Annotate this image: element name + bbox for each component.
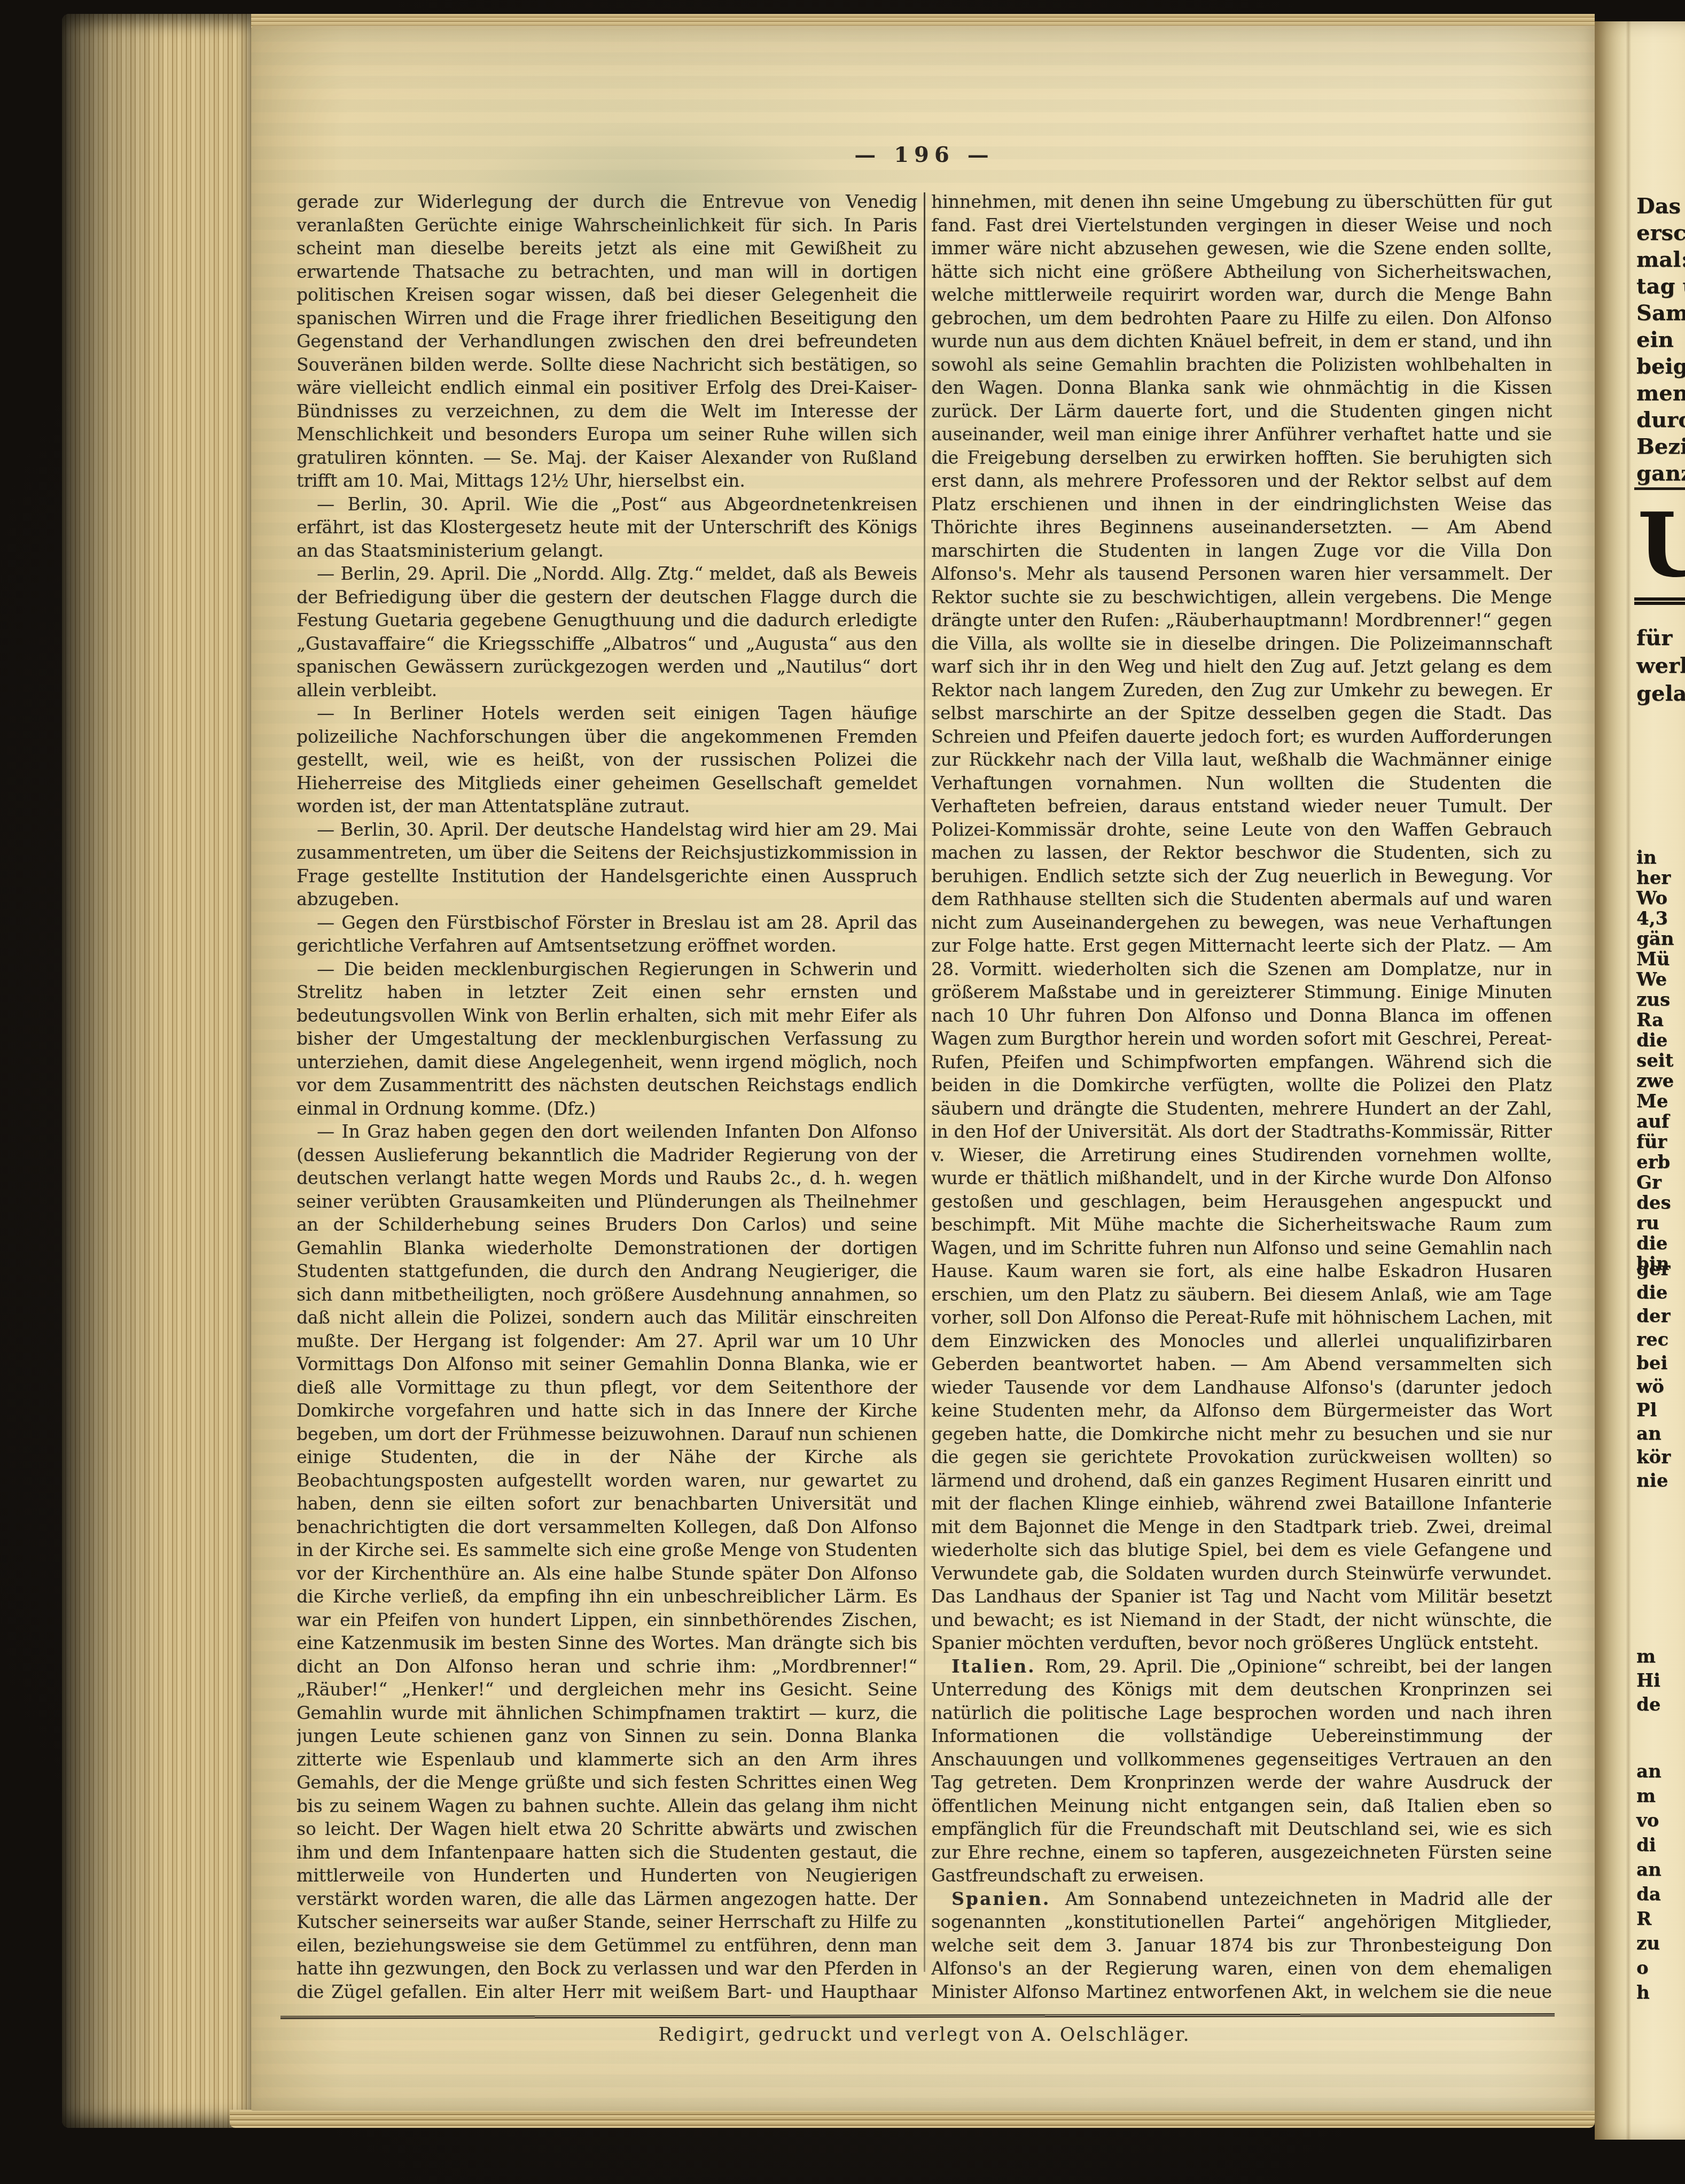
facing-page-text-fragment: 4,3 — [1636, 908, 1668, 929]
facing-page-text-fragment: tag u — [1636, 274, 1685, 299]
facing-text-fragments: mHide — [1636, 21, 1685, 2140]
facing-page-text-fragment: die — [1636, 1030, 1667, 1051]
facing-page-text-fragment: h — [1636, 1982, 1650, 2003]
news-paragraph: — Gegen den Fürstbischof Förster in Bres… — [297, 911, 917, 958]
facing-page-text-fragment: durch — [1636, 407, 1685, 432]
facing-page-text-fragment: an — [1636, 1859, 1661, 1880]
facing-page-text-fragment: mente — [1636, 380, 1685, 406]
facing-page-text-fragment: Pl — [1636, 1400, 1657, 1421]
facing-page-text-fragment: werk — [1636, 653, 1685, 678]
facing-page-text-fragment: Sams — [1636, 300, 1685, 325]
facing-page-text-fragment: de — [1636, 1694, 1660, 1715]
facing-page-text-fragment: in — [1636, 847, 1657, 868]
text-body: gerade zur Widerlegung der durch die Ent… — [297, 190, 1552, 2005]
facing-page-text-fragment: beige — [1636, 354, 1685, 379]
facing-page-text-fragment: m — [1636, 1646, 1656, 1667]
facing-text-fragments: fürwerkgela — [1636, 21, 1685, 2140]
section-lead: Spanien. — [951, 1888, 1065, 1909]
column-divider-rule — [924, 192, 925, 1972]
facing-page-text-fragment: rec — [1636, 1329, 1668, 1350]
imprint-line: Redigirt, gedruckt und verlegt von A. Oe… — [297, 2024, 1552, 2046]
facing-page-text-fragment: seit — [1636, 1050, 1673, 1071]
facing-page-text-fragment: für — [1636, 625, 1672, 650]
facing-page-text-fragment: Hi — [1636, 1670, 1660, 1691]
masthead-initial-fragment: U — [1637, 505, 1685, 585]
facing-page-text-fragment: Gr — [1636, 1172, 1661, 1193]
facing-page-text-fragment: zwe — [1636, 1070, 1674, 1092]
facing-page-text-fragment: die — [1636, 1233, 1667, 1254]
facing-page-text-fragment: vo — [1636, 1810, 1659, 1831]
left-text-column: gerade zur Widerlegung der durch die Ent… — [297, 190, 917, 2005]
imprint-divider-rule — [280, 2014, 1555, 2019]
facing-page-text-fragment: Bezirk — [1636, 434, 1685, 459]
facing-page-text-fragment: ganz — [1636, 461, 1685, 486]
facing-page-text-fragment: da — [1636, 1884, 1661, 1905]
facing-page-text-fragment: Mü — [1636, 949, 1670, 970]
facing-page-text-fragment: gän — [1636, 928, 1674, 950]
news-paragraph: — Berlin, 30. April. Wie die „Post“ aus … — [297, 493, 917, 563]
facing-page-text-fragment: ru — [1636, 1213, 1659, 1234]
facing-page-text-fragment: Wo — [1636, 888, 1667, 909]
page-number: — 196 — — [297, 142, 1552, 167]
facing-page-text-fragment: die — [1636, 1282, 1667, 1303]
facing-page-text-fragment: o — [1636, 1957, 1649, 1979]
right-text-column: hinnehmen, mit denen ihn seine Umgebung … — [931, 190, 1552, 2005]
news-paragraph: gerade zur Widerlegung der durch die Ent… — [297, 190, 917, 493]
facing-page-text-fragment: erb — [1636, 1152, 1670, 1173]
facing-page-text-fragment: an — [1636, 1761, 1661, 1782]
news-paragraph: — Berlin, 29. April. Die „Nordd. Allg. Z… — [297, 562, 917, 702]
facing-page-text-fragment: auf — [1636, 1111, 1669, 1132]
facing-page-text-fragment: der — [1636, 1305, 1670, 1327]
facing-text-fragments: gerdiederrecbeiwöPlankörnie — [1636, 21, 1685, 2140]
news-paragraph: hinnehmen, mit denen ihn seine Umgebung … — [931, 190, 1552, 1655]
facing-text-fragments: anmvodiandaRzuoh — [1636, 21, 1685, 2140]
facing-page-text-fragment: mal: — [1636, 247, 1685, 272]
masthead-rule-fragment — [1634, 597, 1685, 605]
facing-page-text-fragment: erschei — [1636, 220, 1685, 245]
facing-page-text-fragment: Das — [1636, 193, 1681, 219]
facing-page-text-fragment: Ra — [1636, 1009, 1664, 1031]
news-paragraph: — Berlin, 30. April. Der deutsche Handel… — [297, 818, 917, 911]
newspaper-page: — 196 — gerade zur Widerlegung der durch… — [251, 26, 1595, 2111]
facing-page-text-fragment: bei — [1636, 1353, 1667, 1374]
news-paragraph: Spanien. Am Sonnabend untezeichneten in … — [931, 1887, 1552, 2006]
facing-masthead-fragments: Daserscheimal:tag uSamseinbeigementedurc… — [1636, 21, 1685, 2140]
news-paragraph: — Die beiden mecklenburgischen Regierung… — [297, 958, 917, 1121]
facing-page-text-fragment: zus — [1636, 989, 1670, 1011]
facing-page-text-fragment: gela — [1636, 681, 1685, 706]
masthead-underline-fragment — [1634, 487, 1685, 490]
page-stack-bottom-edge — [230, 2110, 1595, 2128]
facing-page-text-fragment: ein — [1636, 327, 1674, 352]
facing-page-text-fragment: We — [1636, 969, 1667, 990]
news-paragraph: Italien. Rom, 29. April. Die „Opinione“ … — [931, 1655, 1552, 1887]
facing-page-text-fragment: des — [1636, 1192, 1671, 1214]
section-lead: Italien. — [951, 1656, 1045, 1677]
facing-page-text-fragment: kör — [1636, 1447, 1671, 1468]
facing-page-text-fragment: für — [1636, 1131, 1667, 1153]
facing-page-text-fragment: wö — [1636, 1376, 1664, 1397]
news-paragraph: — In Graz haben gegen den dort weilenden… — [297, 1120, 917, 2005]
facing-page-edge: Daserscheimal:tag uSamseinbeigementedurc… — [1595, 21, 1685, 2140]
facing-text-fragments: inherWo4,3gänMüWezusRadieseitzweMeauffür… — [1636, 21, 1685, 2140]
news-paragraph: — In Berliner Hotels werden seit einigen… — [297, 702, 917, 818]
book-scan-background: — 196 — gerade zur Widerlegung der durch… — [0, 0, 1685, 2184]
facing-page-text-fragment: her — [1636, 867, 1671, 889]
facing-page-text-fragment: di — [1636, 1835, 1656, 1856]
facing-page-text-fragment: nie — [1636, 1470, 1668, 1491]
facing-page-text-fragment: m — [1636, 1785, 1656, 1807]
facing-page-text-fragment: R — [1636, 1908, 1651, 1930]
facing-page-text-fragment: ger — [1636, 1258, 1670, 1280]
facing-page-text-fragment: Me — [1636, 1091, 1668, 1112]
gutter-fold-crease — [1626, 21, 1631, 2140]
facing-page-text-fragment: bin — [1636, 1253, 1669, 1274]
facing-page-text-fragment: an — [1636, 1423, 1661, 1444]
page-stack-fore-edge — [62, 14, 254, 2128]
facing-page-text-fragment: zu — [1636, 1933, 1660, 1954]
